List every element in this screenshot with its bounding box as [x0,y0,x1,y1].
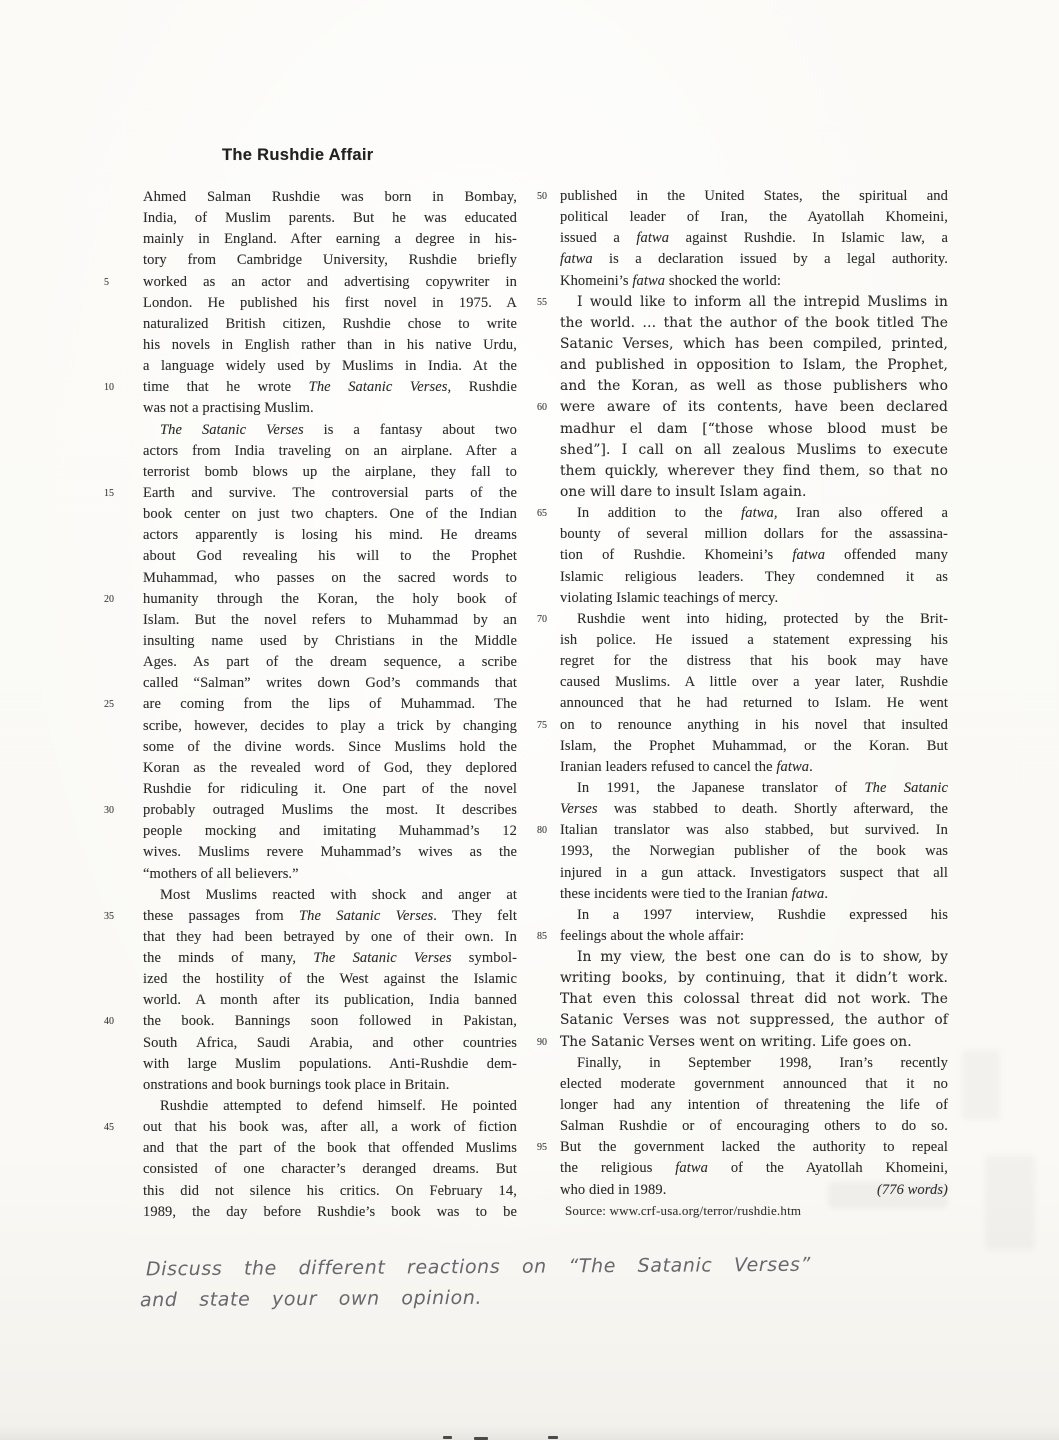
scan-speck [548,1436,558,1439]
text-span: insulting name used by Christians in the… [143,633,517,649]
right-text-column: 50published in the United States, the sp… [560,186,948,1201]
text-span: with large Muslim populations. Anti-Rush… [143,1056,517,1072]
text-line: In a 1997 interview, Rushdie expressed h… [560,905,948,926]
text-line: London. He published his first novel in … [143,293,517,314]
line-text: longer had any intention of threatening … [560,1097,948,1113]
text-span: and that the part of the book that offen… [143,1140,517,1156]
text-span: That even this colossal threat did not w… [560,991,948,1007]
line-text: worked as an actor and advertising copyw… [143,274,517,290]
text-span: Ahmed Salman Rushdie was born in Bombay, [143,189,517,205]
text-span: Koran as the revealed word of God, they … [143,760,517,776]
line-text: one will dare to insult Islam again. [560,484,806,500]
line-text: about God revealing his will to the Prop… [143,548,517,564]
text-span: this did not silence his critics. On Feb… [143,1183,517,1199]
text-span: Islam. But the novel refers to Muhammad … [143,612,517,628]
text-span: Muhammad, who passes on the sacred words… [143,570,517,586]
line-text: madhur el dam [“those whose blood must b… [560,421,948,437]
line-text: tory from Cambridge University, Rushdie … [143,252,517,268]
line-number: 35 [104,907,130,927]
line-text: Italian translator was also stabbed, but… [560,822,948,838]
text-span: 1993, the Norwegian publisher of the boo… [560,843,948,859]
text-line: 35these passages from The Satanic Verses… [143,906,517,927]
italic-text: The Satanic Verses [299,908,433,924]
bleed-through-artifact [962,1050,1000,1120]
line-number: 60 [537,398,557,418]
scan-speck [443,1436,452,1439]
line-number: 85 [537,927,557,947]
text-line: Satanic Verses was not suppressed, the a… [560,1010,948,1031]
line-text: issued a fatwa against Rushdie. In Islam… [560,230,948,246]
line-text: world. A month after its publication, In… [143,992,517,1008]
text-line: In 1991, the Japanese translator of The … [560,778,948,799]
text-span: one will dare to insult Islam again. [560,484,806,500]
line-number: 70 [537,610,557,630]
text-span: worked as an actor and advertising copyw… [143,274,517,290]
line-text: them quickly, wherever they find them, s… [560,463,948,479]
italic-text: Verses [560,801,598,817]
text-span: Satanic Verses, which has been compiled,… [560,336,948,352]
line-number: 20 [104,590,130,610]
text-span: regret for the distress that his book ma… [560,653,948,669]
italic-text: (776 words) [877,1182,948,1198]
text-line: longer had any intention of threatening … [560,1095,948,1116]
text-span: announced that he had returned to Islam.… [560,695,948,711]
text-span: Finally, in September 1998, Iran’s recen… [577,1055,948,1071]
line-text: mainly in England. After earning a degre… [143,231,517,247]
line-text: India, of Muslim parents. But he was edu… [143,210,517,226]
line-text: the minds of many, The Satanic Verses sy… [143,950,517,966]
line-text: ish police. He issued a statement expres… [560,632,948,648]
line-text: In my view, the best one can do is to sh… [577,949,948,965]
text-span: actors from India traveling on an airpla… [143,443,517,459]
text-line: madhur el dam [“those whose blood must b… [560,419,948,440]
text-span: In a 1997 interview, Rushdie expressed h… [577,907,948,923]
line-text: Islamic religious leaders. They condemne… [560,569,948,585]
line-text: consisted of one character’s deranged dr… [143,1161,517,1177]
text-span: London. He published his first novel in … [143,295,517,311]
text-line: and the Koran, as well as those publishe… [560,376,948,397]
line-text: political leader of Iran, the Ayatollah … [560,209,948,225]
text-span: some of the divine words. Since Muslims … [143,739,517,755]
text-span: about God revealing his will to the Prop… [143,548,517,564]
line-text: published in the United States, the spir… [560,188,948,204]
text-line: 90The Satanic Verses went on writing. Li… [560,1032,948,1053]
text-line: political leader of Iran, the Ayatollah … [560,207,948,228]
text-span: shocked the world: [665,273,781,289]
italic-text: fatwa [792,886,825,902]
text-span: on to renounce anything in his novel tha… [560,717,948,733]
line-text: these incidents were tied to the Iranian… [560,886,828,902]
text-span: the minds of many, [143,950,313,966]
line-text: and published in opposition to Islam, th… [560,357,948,373]
text-span: was stabbed to death. Shortly afterward,… [598,801,948,817]
document-title: The Rushdie Affair [222,146,373,165]
text-span: madhur el dam [“those whose blood must b… [560,421,948,437]
text-line: the world. … that the author of the book… [560,313,948,334]
text-line: 5worked as an actor and advertising copy… [143,272,517,293]
text-span: onstrations and book burnings took place… [143,1077,449,1093]
text-span: . They felt [433,908,517,924]
text-span: and the Koran, as well as those publishe… [560,378,948,394]
line-text: Islam. But the novel refers to Muhammad … [143,612,517,628]
text-span: Iran also offered a [778,505,948,521]
text-span: naturalized British citizen, Rushdie cho… [143,316,517,332]
text-span: In my view, the best one can do is to sh… [577,949,948,965]
text-line: Islam. But the novel refers to Muhammad … [143,610,517,631]
line-text: 1993, the Norwegian publisher of the boo… [560,843,948,859]
text-line: a language widely used by Muslims in Ind… [143,356,517,377]
text-line: Satanic Verses, which has been compiled,… [560,334,948,355]
text-line: caused Muslims. A little over a year lat… [560,672,948,693]
text-line: 1989, the day before Rushdie’s book was … [143,1202,517,1223]
text-line: and published in opposition to Islam, th… [560,355,948,376]
text-span: longer had any intention of threatening … [560,1097,948,1113]
text-line: 85feelings about the whole affair: [560,926,948,947]
text-span: writing books, by continuing, that it di… [560,970,948,986]
text-span: I would like to inform all the intrepid … [577,294,948,310]
text-line: and that the part of the book that offen… [143,1138,517,1159]
italic-text: The Satanic Verses, [309,379,452,395]
text-line: The Satanic Verses is a fantasy about tw… [143,420,517,441]
line-text: Islam, the Prophet Muhammad, or the Kora… [560,738,948,754]
text-line: “mothers of all believers.” [143,864,517,885]
left-text-column: Ahmed Salman Rushdie was born in Bombay,… [143,187,517,1223]
text-line: called “Salman” writes down God’s comman… [143,673,517,694]
text-line: Rushdie for ridiculing it. One part of t… [143,779,517,800]
text-span: was not a practising Muslim. [143,400,314,416]
line-text: probably outraged Muslims the most. It d… [143,802,517,818]
line-text: I would like to inform all the intrepid … [577,294,948,310]
line-text: the religious fatwa of the Ayatollah Kho… [560,1160,948,1176]
line-text: tion of Rushdie. Khomeini’s fatwa offend… [560,547,948,563]
text-span: tion of Rushdie. Khomeini’s [560,547,792,563]
text-span: The Satanic Verses went on writing. Life… [560,1034,912,1050]
text-line: Khomeini’s fatwa shocked the world: [560,271,948,292]
text-span: Islam, the Prophet Muhammad, or the Kora… [560,738,948,754]
text-line: these incidents were tied to the Iranian… [560,884,948,905]
line-text: book center on just two chapters. One of… [143,506,517,522]
text-line: 15Earth and survive. The controversial p… [143,483,517,504]
text-span: . [824,886,828,902]
text-line: Iranian leaders refused to cancel the fa… [560,757,948,778]
line-text: South Africa, Saudi Arabia, and other co… [143,1035,517,1051]
line-text: But the government lacked the authority … [560,1139,948,1155]
line-text: his novels in English rather than in his… [143,337,517,353]
line-text: injured in a gun attack. Investigators s… [560,865,948,881]
line-number: 30 [104,801,130,821]
line-text: out that his book was, after all, a work… [143,1119,517,1135]
text-span: them quickly, wherever they find them, s… [560,463,948,479]
text-line: 75on to renounce anything in his novel t… [560,715,948,736]
line-text: regret for the distress that his book ma… [560,653,948,669]
text-line: Finally, in September 1998, Iran’s recen… [560,1053,948,1074]
line-text: writing books, by continuing, that it di… [560,970,948,986]
text-span: Rushdie [451,379,517,395]
text-line: 70Rushdie went into hiding, protected by… [560,609,948,630]
text-span: feelings about the whole affair: [560,928,744,944]
line-text: fatwa is a declaration issued by a legal… [560,251,948,267]
line-text: are coming from the lips of Muhammad. Th… [143,696,517,712]
line-text: Verses was stabbed to death. Shortly aft… [560,801,948,817]
text-span: consisted of one character’s deranged dr… [143,1161,517,1177]
line-text: was not a practising Muslim. [143,400,314,416]
text-line: Ahmed Salman Rushdie was born in Bombay, [143,187,517,208]
italic-text: The Satanic Verses [160,422,304,438]
text-line: In my view, the best one can do is to sh… [560,947,948,968]
line-text: shed”]. I call on all zealous Muslims to… [560,442,948,458]
line-text: and that the part of the book that offen… [143,1140,517,1156]
text-line: 25are coming from the lips of Muhammad. … [143,694,517,715]
text-line: injured in a gun attack. Investigators s… [560,863,948,884]
text-line: terrorist bomb blows up the airplane, th… [143,462,517,483]
line-text: “mothers of all believers.” [143,866,299,882]
line-text: The Satanic Verses went on writing. Life… [560,1034,912,1050]
text-span: book center on just two chapters. One of… [143,506,517,522]
text-line: 65In addition to the fatwa, Iran also of… [560,503,948,524]
line-text: Rushdie went into hiding, protected by t… [577,611,948,627]
line-text: Muhammad, who passes on the sacred words… [143,570,517,586]
text-line: book center on just two chapters. One of… [143,504,517,525]
line-number: 80 [537,821,557,841]
text-line: 40the book. Bannings soon followed in Pa… [143,1011,517,1032]
text-span: actors apparently is losing his mind. He… [143,527,517,543]
italic-text: fatwa [776,759,809,775]
line-text: with large Muslim populations. Anti-Rush… [143,1056,517,1072]
italic-text: fatwa, [741,505,777,521]
line-number: 90 [537,1033,557,1053]
line-text: scribe, however, decides to play a trick… [143,718,517,734]
text-span: ish police. He issued a statement expres… [560,632,948,648]
line-text: 1989, the day before Rushdie’s book was … [143,1204,517,1220]
text-line: consisted of one character’s deranged dr… [143,1159,517,1180]
text-line: tion of Rushdie. Khomeini’s fatwa offend… [560,545,948,566]
text-span: scribe, however, decides to play a trick… [143,718,517,734]
line-number: 15 [104,484,130,504]
text-line: That even this colossal threat did not w… [560,989,948,1010]
text-line: onstrations and book burnings took place… [143,1075,517,1096]
line-text: Ahmed Salman Rushdie was born in Bombay, [143,189,517,205]
text-line: Muhammad, who passes on the sacred words… [143,568,517,589]
line-text: the world. … that the author of the book… [560,315,948,331]
line-text: Satanic Verses was not suppressed, the a… [560,1012,948,1028]
text-line: world. A month after its publication, In… [143,990,517,1011]
text-span: these passages from [143,908,299,924]
text-line: bounty of several million dollars for th… [560,524,948,545]
text-span: people mocking and imitating Muhammad’s … [143,823,517,839]
text-span: Rushdie went into hiding, protected by t… [577,611,948,627]
text-line: his novels in English rather than in his… [143,335,517,356]
text-line: ish police. He issued a statement expres… [560,630,948,651]
text-line: announced that he had returned to Islam.… [560,693,948,714]
text-line: this did not silence his critics. On Feb… [143,1181,517,1202]
line-number: 45 [104,1118,130,1138]
text-span: shed”]. I call on all zealous Muslims to… [560,442,948,458]
line-text: Most Muslims reacted with shock and ange… [160,887,517,903]
text-line: 50published in the United States, the sp… [560,186,948,207]
text-line: 60were aware of its contents, have been … [560,397,948,418]
line-number: 65 [537,504,557,524]
line-text: announced that he had returned to Islam.… [560,695,948,711]
text-span: Khomeini’s [560,273,632,289]
text-span: time that he wrote [143,379,309,395]
text-span: But the government lacked the authority … [560,1139,948,1155]
text-line: 95But the government lacked the authorit… [560,1137,948,1158]
italic-text: fatwa [675,1160,708,1176]
line-text: Ages. As part of the dream sequence, a s… [143,654,517,670]
text-span: the book. Bannings soon followed in Paki… [143,1013,517,1029]
line-text: Satanic Verses, which has been compiled,… [560,336,948,352]
line-number: 55 [537,293,557,313]
line-text: London. He published his first novel in … [143,295,517,311]
text-line: naturalized British citizen, Rushdie cho… [143,314,517,335]
text-line: regret for the distress that his book ma… [560,651,948,672]
text-line: Ages. As part of the dream sequence, a s… [143,652,517,673]
line-text: The Satanic Verses is a fantasy about tw… [160,422,517,438]
text-span: Rushdie for ridiculing it. One part of t… [143,781,517,797]
line-text: insulting name used by Christians in the… [143,633,517,649]
text-line: tory from Cambridge University, Rushdie … [143,250,517,271]
text-span: political leader of Iran, the Ayatollah … [560,209,948,225]
text-line: 80Italian translator was also stabbed, b… [560,820,948,841]
text-span: probably outraged Muslims the most. It d… [143,802,517,818]
text-span: Ages. As part of the dream sequence, a s… [143,654,517,670]
text-span: is a declaration issued by a legal autho… [593,251,948,267]
text-span: humanity through the Koran, the holy boo… [143,591,517,607]
line-text: people mocking and imitating Muhammad’s … [143,823,517,839]
text-span: world. A month after its publication, In… [143,992,517,1008]
text-span: ized the hostility of the West against t… [143,971,517,987]
italic-text: fatwa [636,230,669,246]
text-span: mainly in England. After earning a degre… [143,231,517,247]
text-span: Italian translator was also stabbed, but… [560,822,948,838]
text-line: the minds of many, The Satanic Verses sy… [143,948,517,969]
line-text: wives. Muslims revere Muhammad’s wives a… [143,844,517,860]
italic-text: fatwa [560,251,593,267]
text-span: Iranian leaders refused to cancel the [560,759,776,775]
text-span: Islamic religious leaders. They condemne… [560,569,948,585]
line-text: a language widely used by Muslims in Ind… [143,358,517,374]
line-text: bounty of several million dollars for th… [560,526,948,542]
line-text: that they had been betrayed by one of th… [143,929,517,945]
text-line: insulting name used by Christians in the… [143,631,517,652]
text-line: ized the hostility of the West against t… [143,969,517,990]
text-line: them quickly, wherever they find them, s… [560,461,948,482]
text-span: out that his book was, after all, a work… [143,1119,517,1135]
text-line: Islam, the Prophet Muhammad, or the Kora… [560,736,948,757]
line-text: on to renounce anything in his novel tha… [560,717,948,733]
line-number: 25 [104,695,130,715]
line-text: actors from India traveling on an airpla… [143,443,517,459]
text-line: 45out that his book was, after all, a wo… [143,1117,517,1138]
text-line: mainly in England. After earning a degre… [143,229,517,250]
line-text: these passages from The Satanic Verses. … [143,908,517,924]
text-line: scribe, however, decides to play a trick… [143,716,517,737]
text-span: In 1991, the Japanese translator of [577,780,864,796]
text-line: that they had been betrayed by one of th… [143,927,517,948]
line-text: onstrations and book burnings took place… [143,1077,449,1093]
line-text: the book. Bannings soon followed in Paki… [143,1013,517,1029]
text-span: 1989, the day before Rushdie’s book was … [143,1204,517,1220]
line-text: and the Koran, as well as those publishe… [560,378,948,394]
line-text: caused Muslims. A little over a year lat… [560,674,948,690]
line-text: Salman Rushdie or of encouraging others … [560,1118,948,1134]
text-span: the world. … that the author of the book… [560,315,948,331]
text-span: Satanic Verses was not suppressed, the a… [560,1012,948,1028]
text-line: Salman Rushdie or of encouraging others … [560,1116,948,1137]
line-text: Rushdie for ridiculing it. One part of t… [143,781,517,797]
line-text: Earth and survive. The controversial par… [143,485,517,501]
text-line: elected moderate government announced th… [560,1074,948,1095]
italic-text: fatwa [792,547,825,563]
text-span: wives. Muslims revere Muhammad’s wives a… [143,844,517,860]
text-line: South Africa, Saudi Arabia, and other co… [143,1033,517,1054]
text-line: 20humanity through the Koran, the holy b… [143,589,517,610]
text-line: India, of Muslim parents. But he was edu… [143,208,517,229]
text-line: one will dare to insult Islam again. [560,482,948,503]
text-span: South Africa, Saudi Arabia, and other co… [143,1035,517,1051]
text-line: fatwa is a declaration issued by a legal… [560,249,948,270]
source-citation: Source: www.crf-usa.org/terror/rushdie.h… [565,1203,801,1219]
line-number: 95 [537,1138,557,1158]
line-text: some of the divine words. Since Muslims … [143,739,517,755]
text-line: Koran as the revealed word of God, they … [143,758,517,779]
line-text: elected moderate government announced th… [560,1076,948,1092]
line-text: violating Islamic teachings of mercy. [560,590,778,606]
line-text: In addition to the fatwa, Iran also offe… [577,505,948,521]
italic-text: fatwa [632,273,665,289]
line-text: called “Salman” writes down God’s comman… [143,675,517,691]
text-span: is a fantasy about two [304,422,517,438]
text-span: caused Muslims. A little over a year lat… [560,674,948,690]
word-count: (776 words) [877,1180,948,1201]
line-text: feelings about the whole affair: [560,928,744,944]
text-line: was not a practising Muslim. [143,398,517,419]
text-span: . [809,759,813,775]
line-text: naturalized British citizen, Rushdie cho… [143,316,517,332]
text-line: with large Muslim populations. Anti-Rush… [143,1054,517,1075]
line-text: In a 1997 interview, Rushdie expressed h… [577,907,948,923]
italic-text: The Satanic [864,780,948,796]
line-number: 10 [104,378,130,398]
text-span: Earth and survive. The controversial par… [143,485,517,501]
line-text: time that he wrote The Satanic Verses, R… [143,379,517,395]
text-line: issued a fatwa against Rushdie. In Islam… [560,228,948,249]
line-text: ized the hostility of the West against t… [143,971,517,987]
text-line: 10time that he wrote The Satanic Verses,… [143,377,517,398]
text-span: elected moderate government announced th… [560,1076,948,1092]
text-span: a language widely used by Muslims in Ind… [143,358,517,374]
text-span: and published in opposition to Islam, th… [560,357,948,373]
text-line: 1993, the Norwegian publisher of the boo… [560,841,948,862]
text-span: called “Salman” writes down God’s comman… [143,675,517,691]
text-line: people mocking and imitating Muhammad’s … [143,821,517,842]
line-text: Khomeini’s fatwa shocked the world: [560,273,781,289]
text-line: Verses was stabbed to death. Shortly aft… [560,799,948,820]
bleed-through-artifact [985,1155,1035,1250]
text-span: In addition to the [577,505,741,521]
line-number: 75 [537,716,557,736]
line-text: Iranian leaders refused to cancel the fa… [560,759,813,775]
text-line: writing books, by continuing, that it di… [560,968,948,989]
text-span: Salman Rushdie or of encouraging others … [560,1118,948,1134]
text-span: symbol- [452,950,517,966]
text-span: bounty of several million dollars for th… [560,526,948,542]
line-text: who died in 1989. [560,1180,666,1201]
text-line: violating Islamic teachings of mercy. [560,588,948,609]
text-line: wives. Muslims revere Muhammad’s wives a… [143,842,517,863]
text-span: his novels in English rather than in his… [143,337,517,353]
italic-text: The Satanic Verses [313,950,451,966]
